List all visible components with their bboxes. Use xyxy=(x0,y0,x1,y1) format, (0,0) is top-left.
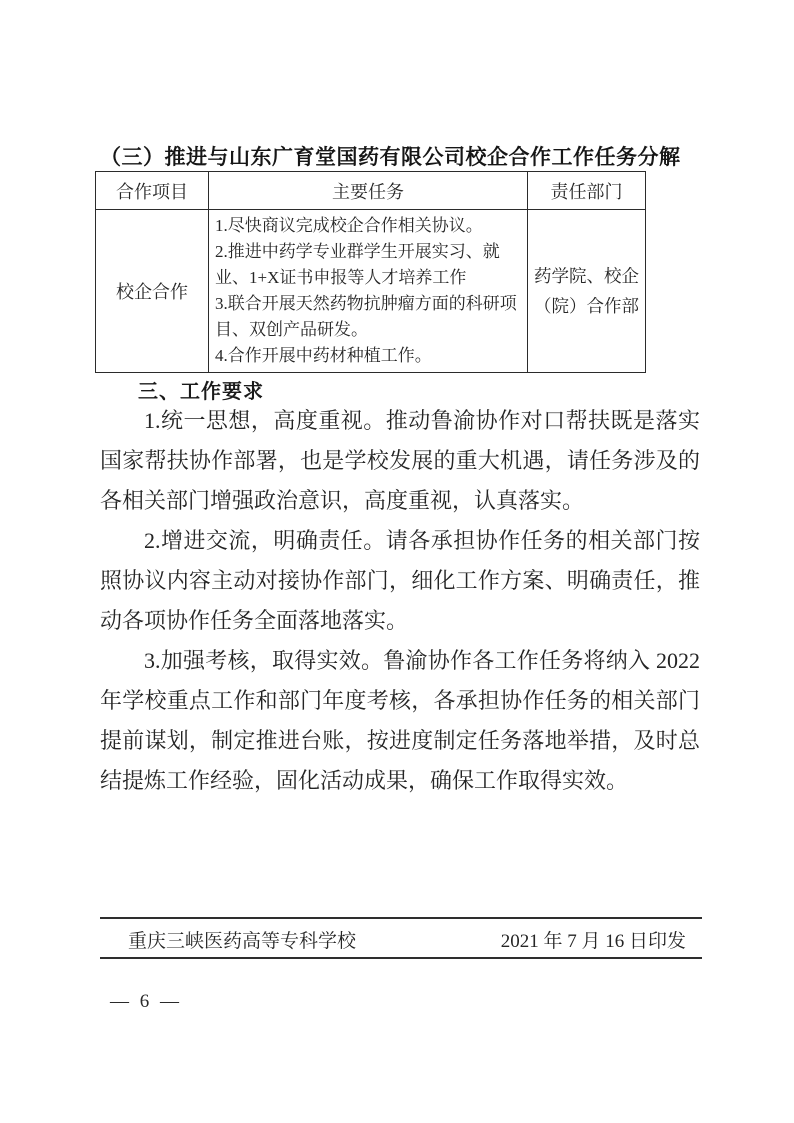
table-header-row: 合作项目 主要任务 责任部门 xyxy=(96,172,646,210)
header-cooperation-project: 合作项目 xyxy=(96,172,209,210)
cell-responsible-department: 药学院、校企（院）合作部 xyxy=(528,210,646,373)
task-item-1: 1.尽快商议完成校企合作相关协议。 xyxy=(215,213,521,239)
requirement-paragraph-1: 1.统一思想，高度重视。推动鲁渝协作对口帮扶既是落实国家帮扶协作部署，也是学校发… xyxy=(100,401,700,521)
footer-rule-bottom xyxy=(100,957,702,959)
section-heading: （三）推进与山东广育堂国药有限公司校企合作工作任务分解 xyxy=(100,141,700,171)
work-requirements-heading: 三、工作要求 xyxy=(138,375,264,404)
cell-cooperation-project: 校企合作 xyxy=(96,210,209,373)
page-number: — 6 — xyxy=(110,991,179,1013)
footer-rule-top xyxy=(100,917,702,919)
header-responsible-department: 责任部门 xyxy=(528,172,646,210)
requirement-paragraph-2: 2.增进交流，明确责任。请各承担协作任务的相关部门按照协议内容主动对接协作部门，… xyxy=(100,521,700,641)
task-item-3: 3.联合开展天然药物抗肿瘤方面的科研项目、双创产品研发。 xyxy=(215,291,521,343)
footer-issuer: 重庆三峡医药高等专科学校 xyxy=(100,926,356,953)
footer-row: 重庆三峡医药高等专科学校 2021 年 7 月 16 日印发 xyxy=(100,922,702,956)
work-requirements-body: 1.统一思想，高度重视。推动鲁渝协作对口帮扶既是落实国家帮扶协作部署，也是学校发… xyxy=(100,401,700,801)
cell-main-tasks: 1.尽快商议完成校企合作相关协议。 2.推进中药学专业群学生开展实习、就业、1+… xyxy=(209,210,528,373)
header-main-tasks: 主要任务 xyxy=(209,172,528,210)
task-item-2: 2.推进中药学专业群学生开展实习、就业、1+X证书申报等人才培养工作 xyxy=(215,239,521,291)
document-page: （三）推进与山东广育堂国药有限公司校企合作工作任务分解 合作项目 主要任务 责任… xyxy=(0,0,794,1123)
requirement-paragraph-3: 3.加强考核，取得实效。鲁渝协作各工作任务将纳入 2022 年学校重点工作和部门… xyxy=(100,641,700,801)
cooperation-task-table: 合作项目 主要任务 责任部门 校企合作 1.尽快商议完成校企合作相关协议。 2.… xyxy=(95,171,646,373)
table-row: 校企合作 1.尽快商议完成校企合作相关协议。 2.推进中药学专业群学生开展实习、… xyxy=(96,210,646,373)
footer-print-date: 2021 年 7 月 16 日印发 xyxy=(501,926,702,953)
task-item-4: 4.合作开展中药材种植工作。 xyxy=(215,343,521,369)
